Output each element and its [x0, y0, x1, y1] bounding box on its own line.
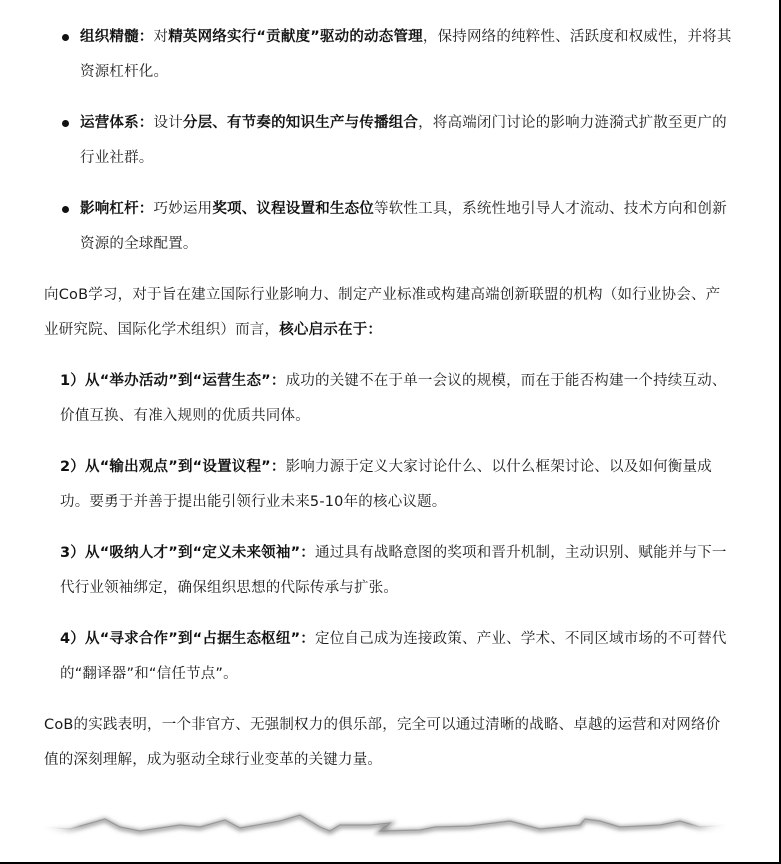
- insight-label: 1）从“举办活动”到“运营生态”：: [60, 373, 286, 389]
- insight-label: 4）从“寻求合作”到“占据生态枢纽”：: [60, 631, 315, 647]
- document-page: 组织精髓：对精英网络实行“贡献度”驱动的动态管理，保持网络的纯粹性、活跃度和权威…: [0, 0, 781, 864]
- bullet-dot-icon: [62, 34, 69, 41]
- bullet-item-operations: 运营体系：设计分层、有节奏的知识生产与传播组合，将高端闭门讨论的影响力涟漪式扩散…: [44, 106, 734, 176]
- bullet-title: 影响杠杆：: [80, 201, 154, 217]
- bullet-item-leverage: 影响杠杆：巧妙运用奖项、议程设置和生态位等软性工具，系统性地引导人才流动、技术方…: [44, 192, 734, 262]
- bullet-list: 组织精髓：对精英网络实行“贡献度”驱动的动态管理，保持网络的纯粹性、活跃度和权威…: [44, 20, 734, 262]
- insight-item-4: 4）从“寻求合作”到“占据生态枢纽”：定位自己成为连接政策、产业、学术、不同区域…: [44, 622, 734, 692]
- conclusion-paragraph: CoB的实践表明，一个非官方、无强制权力的俱乐部，完全可以通过清晰的战略、卓越的…: [44, 708, 734, 778]
- insight-item-3: 3）从“吸纳人才”到“定义未来领袖”：通过具有战略意图的奖项和晋升机制，主动识别…: [44, 536, 734, 606]
- bullet-item-organization: 组织精髓：对精英网络实行“贡献度”驱动的动态管理，保持网络的纯粹性、活跃度和权威…: [44, 20, 734, 90]
- bullet-dot-icon: [62, 206, 69, 213]
- bullet-title: 运营体系：: [80, 115, 154, 131]
- intro-emphasis: 核心启示在于：: [279, 322, 382, 338]
- insight-label: 2）从“输出观点”到“设置议程”：: [60, 459, 286, 475]
- bullet-dot-icon: [62, 120, 69, 127]
- intro-paragraph: 向CoB学习，对于旨在建立国际行业影响力、制定产业标准或构建高端创新联盟的机构（…: [44, 278, 734, 348]
- article-body: 组织精髓：对精英网络实行“贡献度”驱动的动态管理，保持网络的纯粹性、活跃度和权威…: [44, 20, 734, 794]
- insight-label: 3）从“吸纳人才”到“定义未来领袖”：: [60, 545, 315, 561]
- insight-item-1: 1）从“举办活动”到“运营生态”：成功的关键不在于单一会议的规模，而在于能否构建…: [44, 364, 734, 434]
- bullet-title: 组织精髓：: [80, 29, 154, 45]
- torn-paper-divider-icon: [40, 808, 730, 848]
- insight-list: 1）从“举办活动”到“运营生态”：成功的关键不在于单一会议的规模，而在于能否构建…: [44, 364, 734, 692]
- insight-item-2: 2）从“输出观点”到“设置议程”：影响力源于定义大家讨论什么、以什么框架讨论、以…: [44, 450, 734, 520]
